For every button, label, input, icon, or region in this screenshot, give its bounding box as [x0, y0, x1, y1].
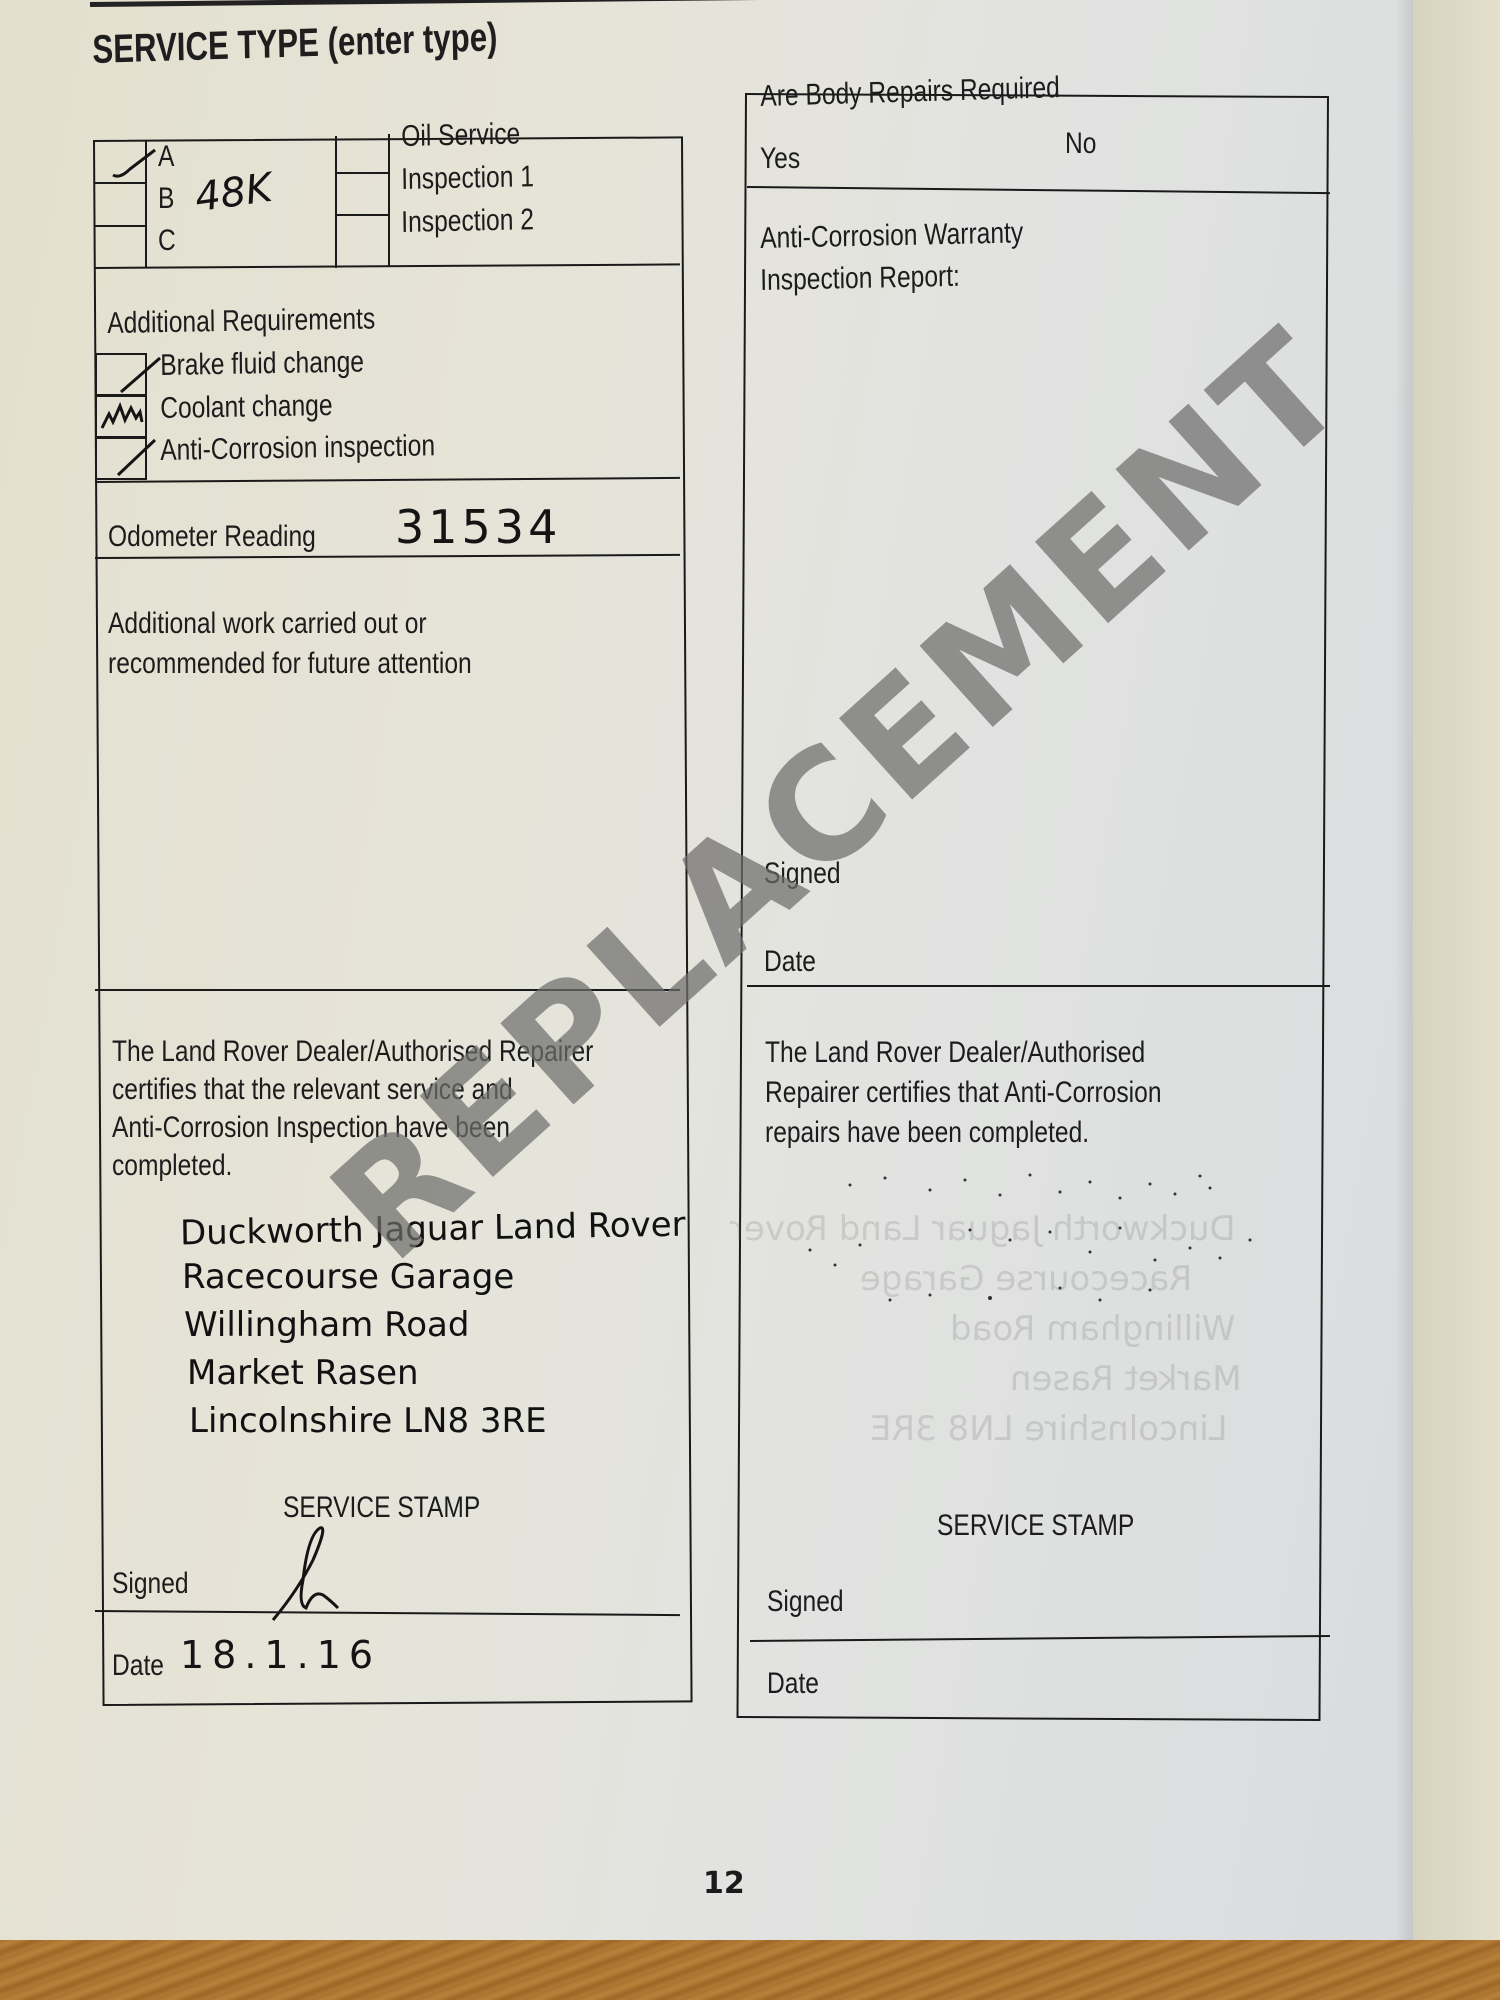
tick-mark-icon — [110, 145, 160, 180]
service-label-oil: Oil Service — [401, 115, 520, 156]
right-signed-label: Signed — [767, 1583, 844, 1621]
right-service-stamp-label: SERVICE STAMP — [937, 1507, 1134, 1545]
left-cert-line4: completed. — [112, 1147, 232, 1185]
service-checkbox-inspection-1[interactable] — [337, 174, 387, 213]
body-repairs-yes[interactable]: Yes — [760, 140, 800, 178]
grade-checkbox-c[interactable] — [97, 227, 143, 267]
service-label-inspection-2: Inspection 2 — [401, 201, 534, 242]
top-rule — [90, 0, 900, 7]
divider — [747, 985, 1330, 987]
right-cert-line1: The Land Rover Dealer/Authorised — [765, 1034, 1145, 1072]
requirement-label-brake-fluid: Brake fluid change — [160, 344, 364, 385]
service-label-inspection-1: Inspection 1 — [401, 158, 534, 199]
page-number: 12 — [703, 1866, 745, 1901]
service-checkbox-oil[interactable] — [337, 137, 387, 171]
page-edge-shadow — [1395, 0, 1415, 1945]
dealer-stamp-line4: Market Rasen — [187, 1349, 419, 1397]
anti-corrosion-report-line1: Anti-Corrosion Warranty — [760, 214, 1023, 258]
dealer-stamp-line2: Racecourse Garage — [182, 1253, 514, 1301]
booklet-page: SERVICE TYPE (enter type) A B C 48K Oil … — [0, 0, 1413, 1945]
right-cert-line3: repairs have been completed. — [765, 1114, 1089, 1152]
grade-checkbox-b[interactable] — [97, 184, 143, 224]
left-date-label: Date — [112, 1647, 164, 1685]
odometer-label: Odometer Reading — [108, 518, 316, 556]
wooden-table — [0, 1940, 1500, 2000]
body-repairs-no[interactable]: No — [1065, 125, 1096, 163]
divider — [388, 134, 390, 266]
left-signed-label: Signed — [112, 1565, 189, 1603]
additional-requirements-title: Additional Requirements — [107, 300, 375, 343]
faint-stamp-speckle — [790, 1170, 1310, 1330]
not-applicable-mark-icon — [100, 400, 145, 432]
additional-work-label-line2: recommended for future attention — [108, 645, 472, 683]
dealer-stamp-line3: Willingham Road — [184, 1301, 469, 1349]
left-date-value[interactable]: 18.1.16 — [180, 1633, 381, 1677]
right-date-label: Date — [767, 1665, 819, 1703]
grade-label-c: C — [158, 222, 176, 260]
tick-mark-icon — [115, 437, 160, 477]
page-title: SERVICE TYPE (enter type) — [92, 15, 498, 73]
requirement-label-coolant: Coolant change — [160, 387, 333, 428]
grade-label-b: B — [158, 180, 174, 218]
right-cert-line2: Repairer certifies that Anti-Corrosion — [765, 1074, 1161, 1112]
show-through-stamp: Lincolnshire LN8 3RE — [870, 1405, 1228, 1453]
dealer-stamp-line5: Lincolnshire LN8 3RE — [189, 1397, 547, 1445]
next-page-edge — [1413, 0, 1500, 1955]
anti-corrosion-report-line2: Inspection Report: — [760, 258, 960, 300]
tick-mark-icon — [118, 355, 163, 395]
additional-work-label-line1: Additional work carried out or — [108, 605, 427, 643]
requirement-label-anti-corrosion: Anti-Corrosion inspection — [160, 427, 435, 470]
odometer-value[interactable]: 31534 — [395, 500, 561, 554]
show-through-stamp: Market Rasen — [1010, 1355, 1242, 1403]
right-date-field[interactable] — [750, 1645, 1325, 1715]
service-checkbox-inspection-2[interactable] — [337, 216, 387, 264]
signature-scribble — [268, 1520, 348, 1625]
grade-label-a: A — [158, 138, 174, 176]
